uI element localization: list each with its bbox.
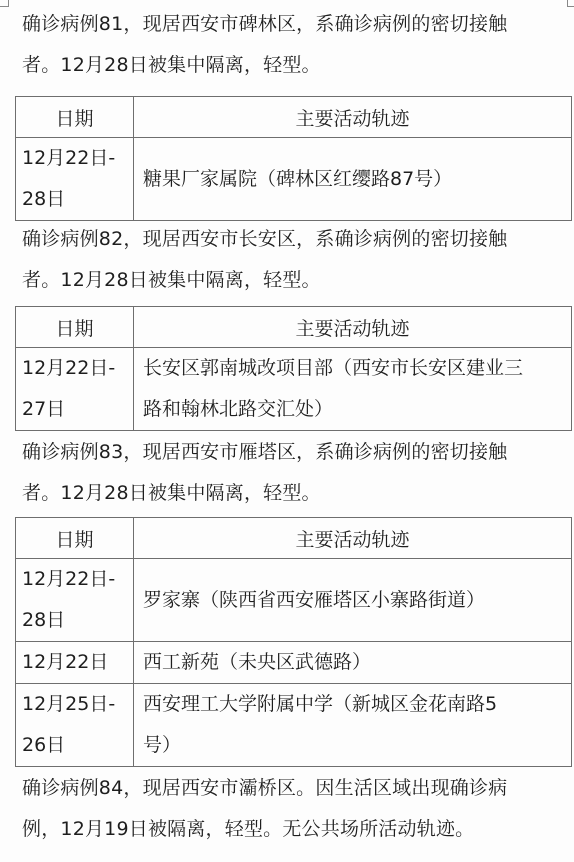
header-track: 主要活动轨迹 bbox=[134, 97, 572, 138]
table-header-row: 日期 主要活动轨迹 bbox=[16, 307, 572, 348]
header-track: 主要活动轨迹 bbox=[134, 307, 572, 348]
row-location: 罗家寨（陕西省西安雁塔区小寨路街道） bbox=[134, 559, 572, 642]
row-location: 糖果厂家属院（碑林区红缨路87号） bbox=[134, 138, 572, 221]
row-location: 长安区郭南城改项目部（西安市长安区建业三 路和翰林北路交汇处） bbox=[134, 348, 572, 431]
table-row: 12月25日- 26日 西安理工大学附属中学（新城区金花南路5 号） bbox=[16, 684, 572, 767]
case-83-line-1: 确诊病例83，现居西安市雁塔区，系确诊病例的密切接触 bbox=[22, 432, 570, 473]
row-date: 12月22日- 28日 bbox=[16, 559, 134, 642]
date-line-2: 28日 bbox=[22, 600, 127, 641]
case-81-description: 确诊病例81，现居西安市碑林区，系确诊病例的密切接触 者。12月28日被集中隔离… bbox=[22, 4, 570, 86]
case-82-description: 确诊病例82，现居西安市长安区，系确诊病例的密切接触 者。12月28日被集中隔离… bbox=[22, 219, 570, 301]
table-row: 12月22日- 27日 长安区郭南城改项目部（西安市长安区建业三 路和翰林北路交… bbox=[16, 348, 572, 431]
header-date: 日期 bbox=[16, 97, 134, 138]
case-81-line-2: 者。12月28日被集中隔离，轻型。 bbox=[22, 45, 570, 86]
location-line-2: 号） bbox=[143, 725, 565, 766]
case-84-line-1: 确诊病例84，现居西安市灞桥区。因生活区域出现确诊病 bbox=[22, 768, 570, 809]
case-83-track-table: 日期 主要活动轨迹 12月22日- 28日 罗家寨（陕西省西安雁塔区小寨路街道）… bbox=[15, 517, 572, 767]
case-81-track-table: 日期 主要活动轨迹 12月22日- 28日 糖果厂家属院（碑林区红缨路87号） bbox=[15, 96, 572, 221]
case-83-line-2: 者。12月28日被集中隔离，轻型。 bbox=[22, 473, 570, 514]
date-line-1: 12月25日- bbox=[22, 684, 127, 725]
case-82-track-table: 日期 主要活动轨迹 12月22日- 27日 长安区郭南城改项目部（西安市长安区建… bbox=[15, 306, 572, 431]
row-date: 12月25日- 26日 bbox=[16, 684, 134, 767]
row-location: 西工新苑（未央区武德路） bbox=[134, 642, 572, 684]
date-line-2: 27日 bbox=[22, 389, 127, 430]
case-82-line-1: 确诊病例82，现居西安市长安区，系确诊病例的密切接触 bbox=[22, 219, 570, 260]
location-line-1: 西安理工大学附属中学（新城区金花南路5 bbox=[143, 684, 565, 725]
table-header-row: 日期 主要活动轨迹 bbox=[16, 518, 572, 559]
row-location: 西安理工大学附属中学（新城区金花南路5 号） bbox=[134, 684, 572, 767]
location-line-2: 路和翰林北路交汇处） bbox=[143, 389, 565, 430]
header-track: 主要活动轨迹 bbox=[134, 518, 572, 559]
case-84-line-2: 例，12月19日被隔离，轻型。无公共场所活动轨迹。 bbox=[22, 809, 570, 850]
row-date: 12月22日- 28日 bbox=[16, 138, 134, 221]
table-row: 12月22日- 28日 罗家寨（陕西省西安雁塔区小寨路街道） bbox=[16, 559, 572, 642]
table-row: 12月22日- 28日 糖果厂家属院（碑林区红缨路87号） bbox=[16, 138, 572, 221]
case-82-line-2: 者。12月28日被集中隔离，轻型。 bbox=[22, 260, 570, 301]
date-line-1: 12月22日- bbox=[22, 348, 127, 389]
location-line-1: 长安区郭南城改项目部（西安市长安区建业三 bbox=[143, 348, 565, 389]
header-date: 日期 bbox=[16, 518, 134, 559]
case-81-line-1: 确诊病例81，现居西安市碑林区，系确诊病例的密切接触 bbox=[22, 4, 570, 45]
date-line-1: 12月22日- bbox=[22, 559, 127, 600]
case-84-description: 确诊病例84，现居西安市灞桥区。因生活区域出现确诊病 例，12月19日被隔离，轻… bbox=[22, 768, 570, 850]
row-date: 12月22日 bbox=[16, 642, 134, 684]
date-line-2: 28日 bbox=[22, 179, 127, 220]
table-header-row: 日期 主要活动轨迹 bbox=[16, 97, 572, 138]
date-line-1: 12月22日- bbox=[22, 138, 127, 179]
table-row: 12月22日 西工新苑（未央区武德路） bbox=[16, 642, 572, 684]
row-date: 12月22日- 27日 bbox=[16, 348, 134, 431]
crop-mark-left bbox=[0, 0, 9, 7]
case-83-description: 确诊病例83，现居西安市雁塔区，系确诊病例的密切接触 者。12月28日被集中隔离… bbox=[22, 432, 570, 514]
header-date: 日期 bbox=[16, 307, 134, 348]
date-line-2: 26日 bbox=[22, 725, 127, 766]
